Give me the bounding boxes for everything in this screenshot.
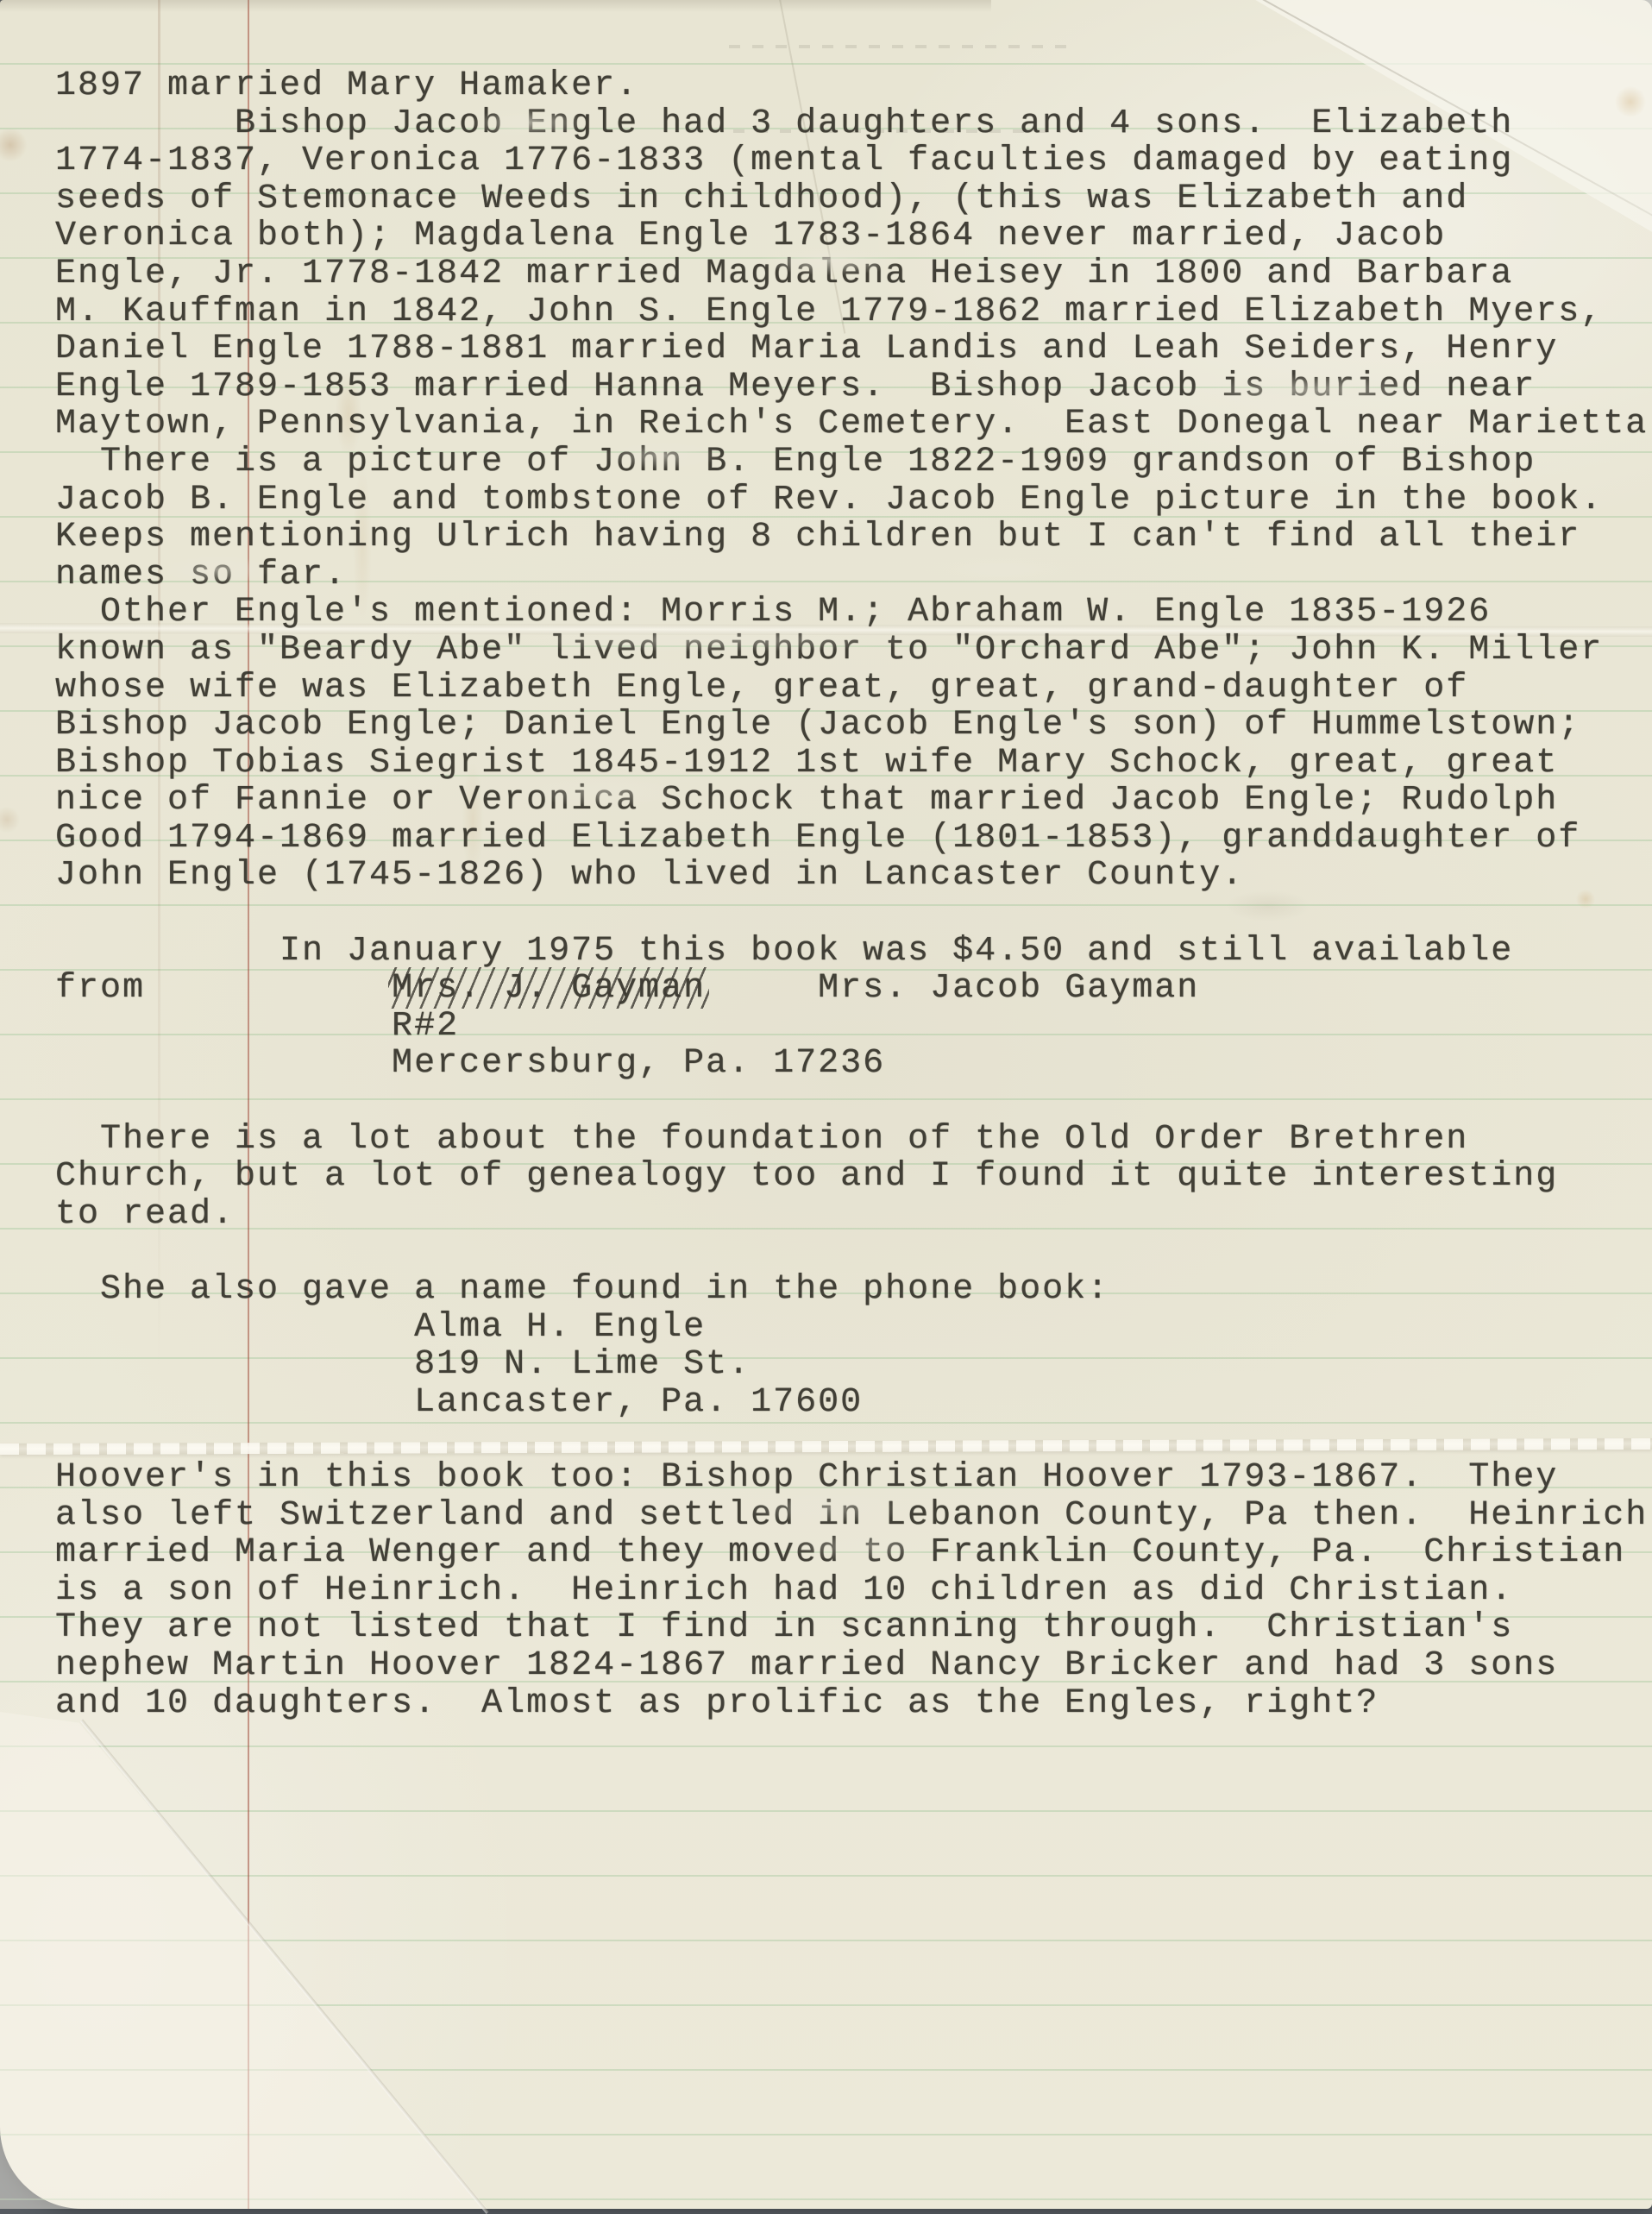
corrected-name: Mrs. Jacob Gayman xyxy=(706,969,1199,1008)
typed-line: There is a lot about the foundation of t… xyxy=(55,1121,1652,1159)
typed-line: Alma H. Engle xyxy=(55,1309,1652,1347)
typed-line: Bishop Jacob Engle had 3 daughters and 4… xyxy=(55,105,1652,143)
typed-line: Bishop Jacob Engle; Daniel Engle (Jacob … xyxy=(55,707,1652,745)
typed-line: 1897 married Mary Hamaker. xyxy=(55,67,1652,105)
typed-line: They are not listed that I find in scann… xyxy=(55,1609,1652,1647)
typed-text: 1897 married Mary Hamaker. Bishop Jacob … xyxy=(55,67,1652,1722)
typed-line: M. Kauffman in 1842, John S. Engle 1779-… xyxy=(55,293,1652,331)
typed-line: 1774-1837, Veronica 1776-1833 (mental fa… xyxy=(55,142,1652,180)
from-label: from xyxy=(55,969,392,1008)
typed-line: Hoover's in this book too: Bishop Christ… xyxy=(55,1459,1652,1497)
typed-line: Other Engle's mentioned: Morris M.; Abra… xyxy=(55,594,1652,632)
paper-sheet: 1897 married Mary Hamaker. Bishop Jacob … xyxy=(0,0,1652,2209)
typed-line: Veronica both); Magdalena Engle 1783-186… xyxy=(55,217,1652,255)
typed-line: There is a picture of John B. Engle 1822… xyxy=(55,443,1652,481)
top-edge-shadow xyxy=(0,0,991,17)
typed-line: names so far. xyxy=(55,557,1652,594)
typed-line: known as "Beardy Abe" lived neighbor to … xyxy=(55,632,1652,670)
typed-line: nice of Fannie or Veronica Schock that m… xyxy=(55,782,1652,820)
typed-line: and 10 daughters. Almost as prolific as … xyxy=(55,1685,1652,1723)
typed-line: Maytown, Pennsylvania, in Reich's Cemete… xyxy=(55,406,1652,443)
typed-line-blank xyxy=(55,1083,1652,1121)
typed-line-blank xyxy=(55,895,1652,933)
typed-line: to read. xyxy=(55,1196,1652,1234)
typed-line: Lancaster, Pa. 17600 xyxy=(55,1384,1652,1422)
struck-out-text: Mrs. J. Gayman xyxy=(392,970,706,1008)
typed-line: is a son of Heinrich. Heinrich had 10 ch… xyxy=(55,1572,1652,1610)
typed-line-blank xyxy=(55,1233,1652,1271)
typed-line: Daniel Engle 1788-1881 married Maria Lan… xyxy=(55,330,1652,368)
typed-line: 819 N. Lime St. xyxy=(55,1346,1652,1384)
typed-line: Church, but a lot of genealogy too and I… xyxy=(55,1158,1652,1196)
typed-line: married Maria Wenger and they moved to F… xyxy=(55,1534,1652,1572)
typed-line: Mercersburg, Pa. 17236 xyxy=(55,1045,1652,1083)
typed-line: R#2 xyxy=(55,1008,1652,1046)
typed-line: also left Switzerland and settled in Leb… xyxy=(55,1497,1652,1535)
typed-line-blank xyxy=(55,1421,1652,1459)
typed-line: She also gave a name found in the phone … xyxy=(55,1271,1652,1309)
ghost-impression xyxy=(729,45,1074,48)
typed-line: seeds of Stemonace Weeds in childhood), … xyxy=(55,180,1652,218)
typed-line: Engle 1789-1853 married Hanna Meyers. Bi… xyxy=(55,368,1652,406)
typed-line: John Engle (1745-1826) who lived in Lanc… xyxy=(55,857,1652,895)
typed-line: nephew Martin Hoover 1824-1867 married N… xyxy=(55,1647,1652,1685)
typed-line: whose wife was Elizabeth Engle, great, g… xyxy=(55,670,1652,708)
typed-line: Keeps mentioning Ulrich having 8 childre… xyxy=(55,519,1652,557)
typed-line: Jacob B. Engle and tombstone of Rev. Jac… xyxy=(55,481,1652,519)
typed-line-correction: from Mrs. J. Gayman Mrs. Jacob Gayman xyxy=(55,970,1652,1008)
typed-line: Good 1794-1869 married Elizabeth Engle (… xyxy=(55,820,1652,858)
typed-line: In January 1975 this book was $4.50 and … xyxy=(55,933,1652,971)
typed-line: Engle, Jr. 1778-1842 married Magdalena H… xyxy=(55,255,1652,293)
typed-line: Bishop Tobias Siegrist 1845-1912 1st wif… xyxy=(55,745,1652,783)
